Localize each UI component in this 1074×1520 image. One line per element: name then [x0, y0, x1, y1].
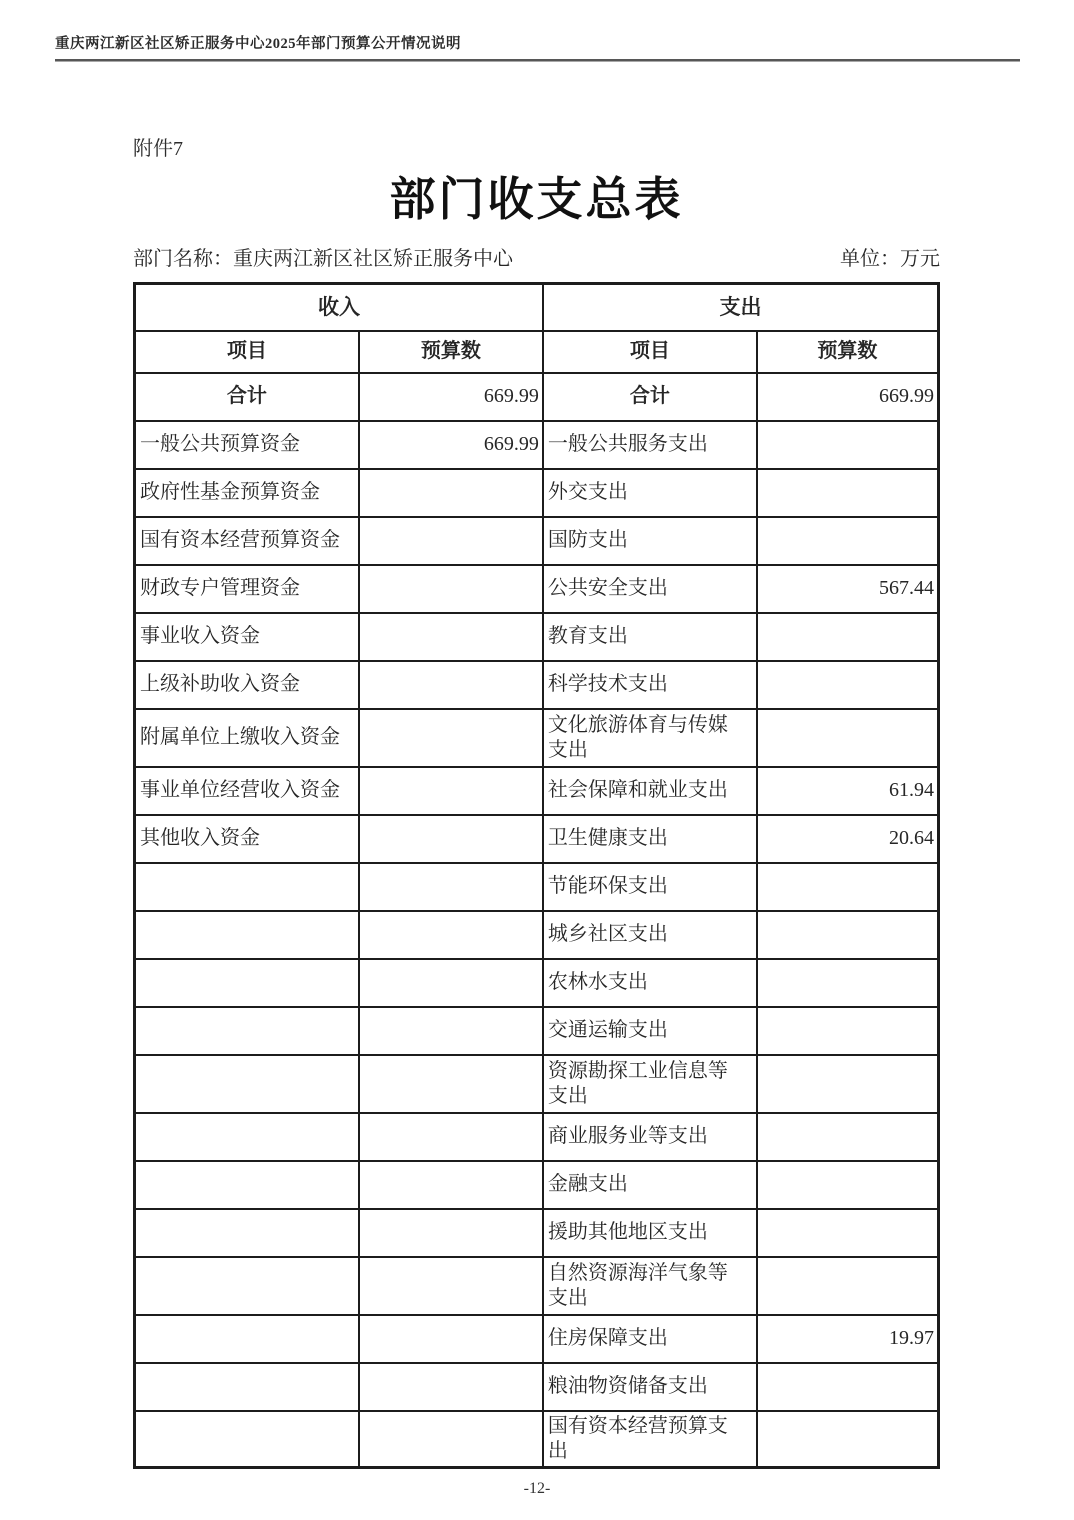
expense-item-cell: 卫生健康支出 [543, 815, 757, 863]
expense-value-cell [757, 469, 939, 517]
expense-item-cell: 国有资本经营预算支出 [543, 1411, 757, 1468]
income-item-cell: 合计 [135, 373, 359, 421]
expense-value-cell [757, 613, 939, 661]
table-row: 政府性基金预算资金外交支出 [135, 469, 939, 517]
income-item-cell [135, 911, 359, 959]
department-name-label: 部门名称：重庆两江新区社区矫正服务中心 [133, 246, 513, 272]
expense-value-cell [757, 709, 939, 767]
income-item-header: 项目 [135, 331, 359, 373]
table-row: 国有资本经营预算支出 [135, 1411, 939, 1468]
income-item-cell [135, 1055, 359, 1113]
income-value-cell [359, 565, 543, 613]
income-item-cell: 事业单位经营收入资金 [135, 767, 359, 815]
expense-item-cell: 住房保障支出 [543, 1315, 757, 1363]
expense-value-cell [757, 863, 939, 911]
expense-item-cell: 社会保障和就业支出 [543, 767, 757, 815]
income-value-cell: 669.99 [359, 373, 543, 421]
budget-table-body: 合计669.99合计669.99一般公共预算资金669.99一般公共服务支出政府… [135, 373, 939, 1468]
expense-value-cell [757, 1113, 939, 1161]
page-number: -12- [0, 1480, 1074, 1498]
table-row: 交通运输支出 [135, 1007, 939, 1055]
expense-item-cell: 交通运输支出 [543, 1007, 757, 1055]
expense-item-cell: 资源勘探工业信息等支出 [543, 1055, 757, 1113]
table-row: 城乡社区支出 [135, 911, 939, 959]
section-header-row: 收入支出 [135, 284, 939, 331]
income-value-cell [359, 661, 543, 709]
table-row: 事业收入资金教育支出 [135, 613, 939, 661]
table-row: 其他收入资金卫生健康支出20.64 [135, 815, 939, 863]
expense-item-header: 项目 [543, 331, 757, 373]
income-value-cell [359, 815, 543, 863]
expense-value-cell: 669.99 [757, 373, 939, 421]
table-row: 附属单位上缴收入资金文化旅游体育与传媒支出 [135, 709, 939, 767]
income-value-cell [359, 911, 543, 959]
unit-label: 单位：万元 [840, 246, 940, 272]
expense-section-header: 支出 [543, 284, 939, 331]
income-item-cell: 财政专户管理资金 [135, 565, 359, 613]
expense-value-cell [757, 1363, 939, 1411]
table-row: 国有资本经营预算资金国防支出 [135, 517, 939, 565]
expense-item-cell: 一般公共服务支出 [543, 421, 757, 469]
income-value-cell [359, 1055, 543, 1113]
table-row: 金融支出 [135, 1161, 939, 1209]
expense-budget-header: 预算数 [757, 331, 939, 373]
income-value-cell [359, 1209, 543, 1257]
income-item-cell: 其他收入资金 [135, 815, 359, 863]
expense-value-cell [757, 1161, 939, 1209]
table-row: 节能环保支出 [135, 863, 939, 911]
income-value-cell [359, 517, 543, 565]
income-value-cell [359, 1411, 543, 1468]
expense-value-cell [757, 1209, 939, 1257]
expense-value-cell: 61.94 [757, 767, 939, 815]
income-value-cell [359, 613, 543, 661]
table-row: 事业单位经营收入资金社会保障和就业支出61.94 [135, 767, 939, 815]
income-item-cell [135, 1363, 359, 1411]
expense-item-cell: 粮油物资储备支出 [543, 1363, 757, 1411]
table-row: 商业服务业等支出 [135, 1113, 939, 1161]
table-row: 上级补助收入资金科学技术支出 [135, 661, 939, 709]
income-item-cell [135, 1315, 359, 1363]
document-page: 重庆两江新区社区矫正服务中心2025年部门预算公开情况说明 附件7 部门收支总表… [0, 0, 1074, 1520]
expense-item-cell: 城乡社区支出 [543, 911, 757, 959]
expense-value-cell [757, 1257, 939, 1315]
income-value-cell [359, 1257, 543, 1315]
income-item-cell: 事业收入资金 [135, 613, 359, 661]
income-item-cell: 附属单位上缴收入资金 [135, 709, 359, 767]
expense-item-cell: 公共安全支出 [543, 565, 757, 613]
total-row: 合计669.99合计669.99 [135, 373, 939, 421]
expense-item-cell: 国防支出 [543, 517, 757, 565]
table-row: 住房保障支出19.97 [135, 1315, 939, 1363]
expense-item-cell: 金融支出 [543, 1161, 757, 1209]
income-item-cell [135, 1209, 359, 1257]
income-value-cell [359, 767, 543, 815]
table-row: 农林水支出 [135, 959, 939, 1007]
expense-item-cell: 农林水支出 [543, 959, 757, 1007]
page-title: 部门收支总表 [133, 169, 940, 229]
income-item-cell [135, 1113, 359, 1161]
expense-value-cell: 567.44 [757, 565, 939, 613]
income-value-cell [359, 1315, 543, 1363]
expense-value-cell [757, 1007, 939, 1055]
expense-item-cell: 商业服务业等支出 [543, 1113, 757, 1161]
income-value-cell [359, 1113, 543, 1161]
income-budget-header: 预算数 [359, 331, 543, 373]
expense-item-cell: 文化旅游体育与传媒支出 [543, 709, 757, 767]
income-item-cell: 一般公共预算资金 [135, 421, 359, 469]
income-item-cell [135, 1161, 359, 1209]
income-item-cell: 国有资本经营预算资金 [135, 517, 359, 565]
income-item-cell [135, 863, 359, 911]
expense-value-cell [757, 911, 939, 959]
income-value-cell [359, 709, 543, 767]
budget-table-head: 收入支出项目预算数项目预算数 [135, 284, 939, 373]
attachment-label: 附件7 [133, 137, 940, 162]
budget-table: 收入支出项目预算数项目预算数 合计669.99合计669.99一般公共预算资金6… [133, 282, 940, 1469]
expense-item-cell: 节能环保支出 [543, 863, 757, 911]
table-row: 自然资源海洋气象等支出 [135, 1257, 939, 1315]
income-item-cell [135, 1007, 359, 1055]
income-value-cell [359, 1363, 543, 1411]
expense-value-cell [757, 517, 939, 565]
income-value-cell [359, 863, 543, 911]
expense-value-cell [757, 661, 939, 709]
expense-value-cell [757, 1055, 939, 1113]
expense-item-cell: 外交支出 [543, 469, 757, 517]
table-row: 资源勘探工业信息等支出 [135, 1055, 939, 1113]
income-item-cell: 上级补助收入资金 [135, 661, 359, 709]
expense-value-cell [757, 959, 939, 1007]
expense-value-cell [757, 421, 939, 469]
income-value-cell [359, 1161, 543, 1209]
income-value-cell [359, 469, 543, 517]
table-row: 援助其他地区支出 [135, 1209, 939, 1257]
expense-value-cell: 20.64 [757, 815, 939, 863]
income-item-cell [135, 959, 359, 1007]
expense-value-cell: 19.97 [757, 1315, 939, 1363]
column-header-row: 项目预算数项目预算数 [135, 331, 939, 373]
expense-item-cell: 教育支出 [543, 613, 757, 661]
income-value-cell [359, 959, 543, 1007]
income-value-cell: 669.99 [359, 421, 543, 469]
expense-item-cell: 科学技术支出 [543, 661, 757, 709]
expense-value-cell [757, 1411, 939, 1468]
expense-item-cell: 合计 [543, 373, 757, 421]
table-row: 一般公共预算资金669.99一般公共服务支出 [135, 421, 939, 469]
table-row: 粮油物资储备支出 [135, 1363, 939, 1411]
page-content: 附件7 部门收支总表 部门名称：重庆两江新区社区矫正服务中心 单位：万元 收入支… [133, 0, 940, 1469]
income-item-cell [135, 1411, 359, 1468]
income-value-cell [359, 1007, 543, 1055]
income-item-cell [135, 1257, 359, 1315]
expense-item-cell: 援助其他地区支出 [543, 1209, 757, 1257]
table-meta-row: 部门名称：重庆两江新区社区矫正服务中心 单位：万元 [133, 246, 940, 272]
table-row: 财政专户管理资金公共安全支出567.44 [135, 565, 939, 613]
expense-item-cell: 自然资源海洋气象等支出 [543, 1257, 757, 1315]
income-section-header: 收入 [135, 284, 543, 331]
income-item-cell: 政府性基金预算资金 [135, 469, 359, 517]
